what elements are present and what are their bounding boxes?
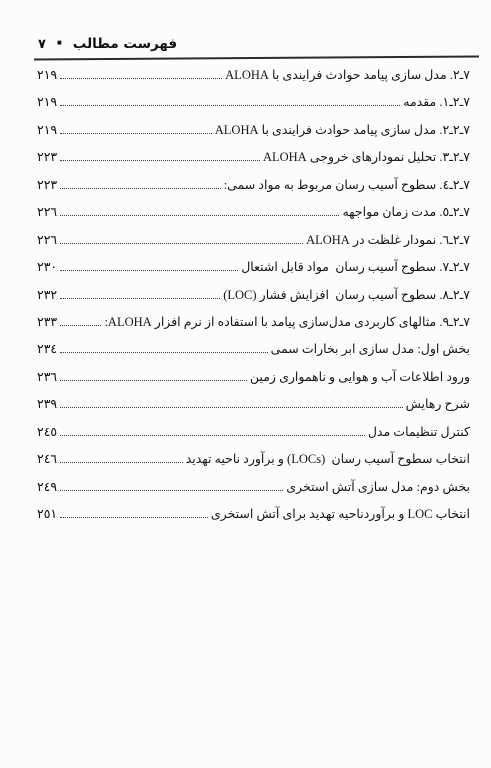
toc-entry: ٧ـ٢ـ٨. سطوح آسیب رسان افزایش فشار (LOC) … — [37, 281, 470, 308]
toc-entry-leader-dots — [60, 215, 339, 216]
toc-entry: ٧ـ٢ـ٤. سطوح آسیب رسان مربوط به مواد سمی:… — [37, 171, 470, 198]
toc-entry-leader-dots — [60, 78, 222, 79]
toc-entry-page-number: ٢٤٥ — [37, 424, 57, 440]
toc-entry-leader-dots — [60, 270, 238, 271]
toc-entry: بخش اول: مدل سازی ابر بخارات سمی ٢٣٤ — [37, 335, 470, 362]
toc-entry-leader-dots — [60, 352, 268, 353]
toc-entry-page-number: ٢١٩ — [37, 122, 57, 138]
toc-entry-label: ٧ـ٢ـ٤. سطوح آسیب رسان مربوط به مواد سمی: — [224, 177, 470, 193]
toc-entry-label: شرح رهایش — [406, 396, 470, 412]
toc-entry-label: ورود اطلاعات آب و هوایی و ناهمواری زمین — [250, 369, 470, 385]
toc-entry-leader-dots — [60, 133, 212, 134]
toc-entry-leader-dots — [60, 160, 260, 161]
toc-entry-leader-dots — [60, 325, 101, 326]
toc-entry-label: ٧ـ٢ـ١. مقدمه — [403, 94, 470, 110]
toc-entry: ورود اطلاعات آب و هوایی و ناهمواری زمین … — [37, 363, 470, 390]
running-head: فهرست مطالب ■ ٧ — [38, 36, 177, 52]
toc-entry: انتخاب LOC و برآوردناحیه تهدید برای آتش … — [37, 500, 470, 527]
toc-entry-page-number: ٢٣٢ — [37, 287, 57, 303]
toc-entry-page-number: ٢٣٣ — [37, 314, 57, 330]
toc-entry-label: ٧ـ٢ـ٩. مثالهای کاربردی مدل‌سازی پیامد با… — [104, 314, 470, 330]
toc-entry-label: ٧ـ٢. مدل سازی پیامد حوادث فرایندی با ALO… — [225, 67, 470, 83]
toc-entry: ٧ـ٢ـ٥. مدت زمان مواجهه ٢٢٦ — [37, 198, 470, 225]
toc-list: ٧ـ٢. مدل سازی پیامد حوادث فرایندی با ALO… — [37, 61, 470, 527]
toc-entry-leader-dots — [60, 188, 221, 189]
scanned-toc-page: فهرست مطالب ■ ٧ ٧ـ٢. مدل سازی پیامد حواد… — [0, 0, 491, 768]
toc-entry: ٧ـ٢ـ٦. نمودار غلظت در ALOHA ٢٢٦ — [37, 226, 470, 253]
toc-entry-label: ٧ـ٢ـ٦. نمودار غلظت در ALOHA — [306, 232, 470, 248]
toc-entry-leader-dots — [60, 380, 247, 381]
toc-entry-leader-dots — [60, 105, 400, 106]
toc-entry-leader-dots — [60, 243, 303, 244]
toc-entry: انتخاب سطوح آسیب رسان (LOCs) و برآورد نا… — [37, 445, 470, 472]
toc-entry-label: انتخاب سطوح آسیب رسان (LOCs) و برآورد نا… — [186, 451, 470, 467]
header-page-number: ٧ — [38, 37, 46, 52]
toc-entry-page-number: ٢٣٠ — [37, 259, 57, 275]
toc-entry: ٧ـ٢ـ٢. مدل سازی پیامد حوادث فرایندی با A… — [37, 116, 470, 143]
toc-entry: ٧ـ٢ـ١. مقدمه ٢١٩ — [37, 88, 470, 115]
toc-entry-leader-dots — [60, 407, 402, 408]
toc-entry-page-number: ٢١٩ — [37, 94, 57, 110]
toc-entry-label: ٧ـ٢ـ٧. سطوح آسیب رسان مواد قابل اشتعال — [241, 259, 470, 275]
toc-entry-page-number: ٢٢٣ — [37, 149, 57, 165]
toc-entry-page-number: ٢٢٦ — [37, 204, 57, 220]
toc-entry-label: ٧ـ٢ـ٢. مدل سازی پیامد حوادث فرایندی با A… — [215, 122, 470, 138]
toc-entry: ٧ـ٢. مدل سازی پیامد حوادث فرایندی با ALO… — [37, 61, 470, 88]
toc-entry: ٧ـ٢ـ٧. سطوح آسیب رسان مواد قابل اشتعال ٢… — [37, 253, 470, 280]
toc-entry-leader-dots — [60, 298, 220, 299]
toc-entry-label: بخش اول: مدل سازی ابر بخارات سمی — [271, 341, 470, 357]
toc-entry-page-number: ٢٢٣ — [37, 177, 57, 193]
toc-entry-page-number: ٢٢٦ — [37, 232, 57, 248]
toc-entry: ٧ـ٢ـ٩. مثالهای کاربردی مدل‌سازی پیامد با… — [37, 308, 470, 335]
toc-entry-page-number: ٢٣٦ — [37, 369, 57, 385]
toc-entry-page-number: ٢٣٩ — [37, 396, 57, 412]
toc-entry: شرح رهایش ٢٣٩ — [37, 390, 470, 417]
toc-entry-page-number: ٢٥١ — [37, 506, 57, 522]
toc-entry-leader-dots — [60, 435, 365, 436]
toc-entry-label: بخش دوم: مدل سازی آتش استخری — [286, 479, 470, 495]
toc-entry-leader-dots — [60, 490, 283, 491]
toc-entry: ٧ـ٢ـ٣. تحلیل نمودارهای خروجی ALOHA ٢٢٣ — [37, 143, 470, 170]
toc-entry-page-number: ٢٣٤ — [37, 341, 57, 357]
page-title: فهرست مطالب — [73, 36, 177, 52]
toc-entry-label: ٧ـ٢ـ٥. مدت زمان مواجهه — [342, 204, 470, 220]
toc-entry-leader-dots — [60, 517, 208, 518]
toc-entry-leader-dots — [60, 462, 183, 463]
square-bullet-icon: ■ — [57, 39, 62, 47]
toc-entry-label: کنترل تنظیمات مدل — [368, 424, 470, 440]
toc-entry: کنترل تنظیمات مدل ٢٤٥ — [37, 418, 470, 445]
toc-entry-page-number: ٢٤٩ — [37, 479, 57, 495]
toc-entry-page-number: ٢٤٦ — [37, 451, 57, 467]
toc-entry: بخش دوم: مدل سازی آتش استخری ٢٤٩ — [37, 473, 470, 500]
toc-entry-label: ٧ـ٢ـ٣. تحلیل نمودارهای خروجی ALOHA — [263, 149, 470, 165]
toc-entry-page-number: ٢١٩ — [37, 67, 57, 83]
toc-entry-label: انتخاب LOC و برآوردناحیه تهدید برای آتش … — [211, 506, 470, 522]
toc-entry-label: ٧ـ٢ـ٨. سطوح آسیب رسان افزایش فشار (LOC) — [223, 287, 470, 303]
header-rule — [34, 55, 479, 60]
